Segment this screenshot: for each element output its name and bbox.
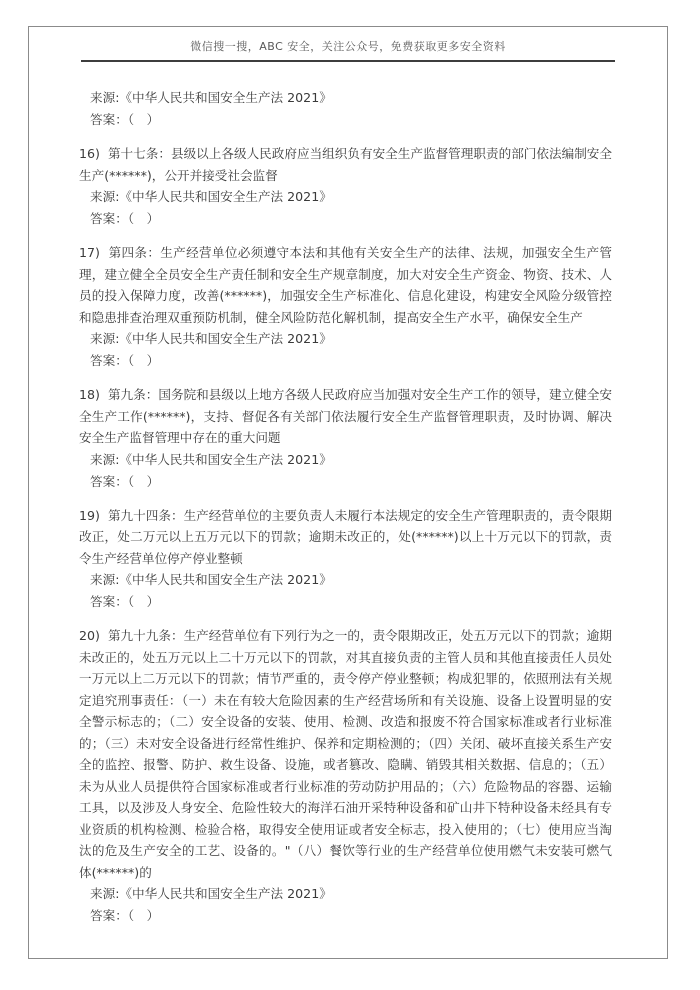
question-block: 17) 第四条：生产经营单位必须遵守本法和其他有关安全生产的法律、法规，加强安全… xyxy=(79,242,612,372)
question-block: 19) 第九十四条：生产经营单位的主要负责人未履行本法规定的安全生产管理职责的，… xyxy=(79,505,612,614)
question-text: 18) 第九条：国务院和县级以上地方各级人民政府应当加强对安全生产工作的领导，建… xyxy=(79,384,612,449)
question-text: 16) 第十七条：县级以上各级人民政府应当组织负有安全生产监督管理职责的部门依法… xyxy=(79,143,612,186)
answer-line: 答案：（ ） xyxy=(79,905,612,927)
question-block: 来源:《中华人民共和国安全生产法 2021》 答案：（ ） xyxy=(79,87,612,131)
answer-line: 答案：（ ） xyxy=(79,350,612,372)
source-line: 来源:《中华人民共和国安全生产法 2021》 xyxy=(79,186,612,208)
answer-line: 答案：（ ） xyxy=(79,109,612,131)
question-block: 20) 第九十九条：生产经营单位有下列行为之一的，责令限期改正，处五万元以下的罚… xyxy=(79,625,612,927)
answer-line: 答案：（ ） xyxy=(79,591,612,613)
question-block: 16) 第十七条：县级以上各级人民政府应当组织负有安全生产监督管理职责的部门依法… xyxy=(79,143,612,230)
question-text: 19) 第九十四条：生产经营单位的主要负责人未履行本法规定的安全生产管理职责的，… xyxy=(79,505,612,570)
question-text: 17) 第四条：生产经营单位必须遵守本法和其他有关安全生产的法律、法规，加强安全… xyxy=(79,242,612,328)
source-line: 来源:《中华人民共和国安全生产法 2021》 xyxy=(79,87,612,109)
source-line: 来源:《中华人民共和国安全生产法 2021》 xyxy=(79,569,612,591)
source-line: 来源:《中华人民共和国安全生产法 2021》 xyxy=(79,449,612,471)
document-page: 微信搜一搜，ABC 安全，关注公众号，免费获取更多安全资料 来源:《中华人民共和… xyxy=(28,26,668,959)
source-line: 来源:《中华人民共和国安全生产法 2021》 xyxy=(79,328,612,350)
source-line: 来源:《中华人民共和国安全生产法 2021》 xyxy=(79,883,612,905)
answer-line: 答案：（ ） xyxy=(79,471,612,493)
answer-line: 答案：（ ） xyxy=(79,208,612,230)
question-block: 18) 第九条：国务院和县级以上地方各级人民政府应当加强对安全生产工作的领导，建… xyxy=(79,384,612,493)
header-divider xyxy=(81,60,615,62)
page-header-text: 微信搜一搜，ABC 安全，关注公众号，免费获取更多安全资料 xyxy=(81,39,615,54)
document-content: 来源:《中华人民共和国安全生产法 2021》 答案：（ ） 16) 第十七条：县… xyxy=(79,87,612,927)
question-text: 20) 第九十九条：生产经营单位有下列行为之一的，责令限期改正，处五万元以下的罚… xyxy=(79,625,612,883)
